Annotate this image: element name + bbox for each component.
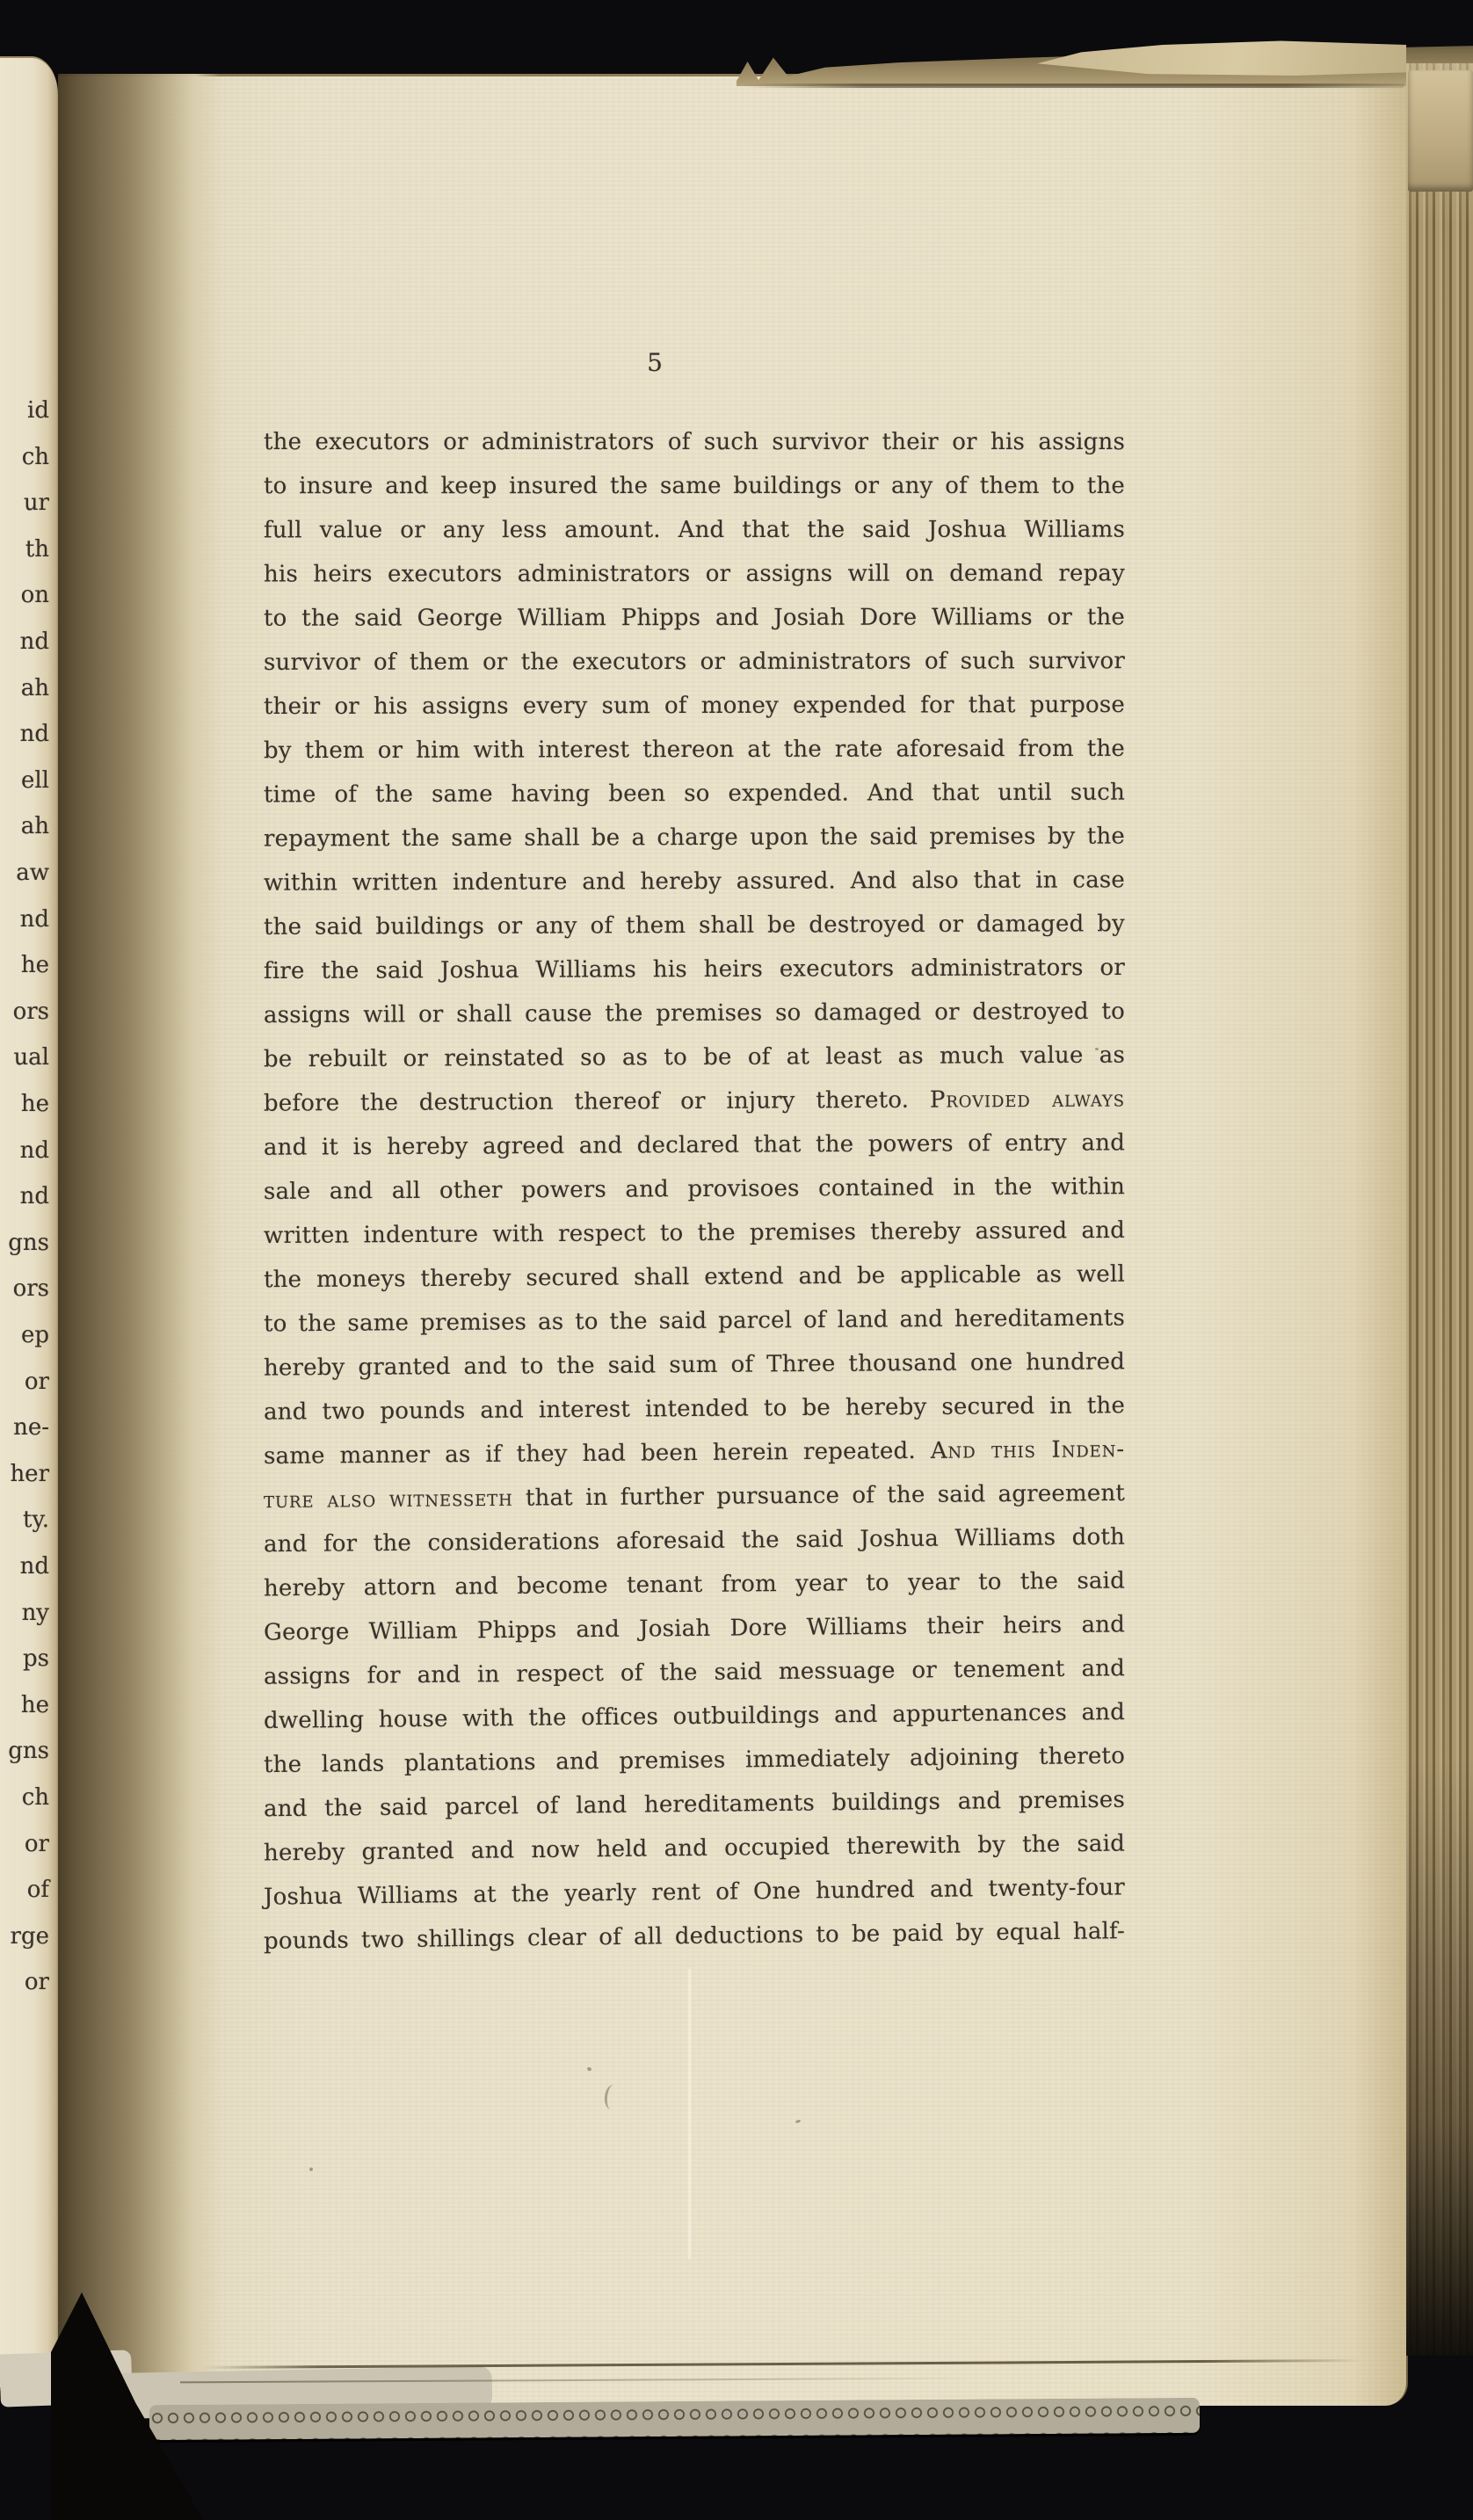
text-line: and it is hereby agreed and declared tha… bbox=[264, 1121, 1125, 1169]
margin-fragment: ah bbox=[0, 813, 49, 839]
text-line: to insure and keep insured the same buil… bbox=[264, 464, 1125, 508]
text-line: hereby granted and to the said sum of Th… bbox=[264, 1340, 1125, 1390]
text-segment: the lands plantations and premises immed… bbox=[264, 1743, 1125, 1778]
top-edge-shadow bbox=[744, 84, 1404, 88]
text-segment: full value or any less amount. And that … bbox=[264, 517, 1125, 544]
text-line: hereby attorn and become tenant from yea… bbox=[264, 1559, 1125, 1611]
small-caps-phrase: Provided always bbox=[930, 1086, 1125, 1113]
text-segment: and two pounds and interest intended to … bbox=[264, 1392, 1125, 1426]
margin-fragment: gns bbox=[0, 1230, 49, 1256]
margin-fragment: ne- bbox=[0, 1414, 49, 1441]
text-segment: time of the same having been so expended… bbox=[264, 780, 1125, 809]
text-line: repayment the same shall be a charge upo… bbox=[264, 814, 1125, 861]
margin-fragment: nd bbox=[0, 1137, 49, 1164]
text-segment: dwelling house with the offices outbuild… bbox=[264, 1699, 1125, 1734]
margin-fragment: on bbox=[0, 582, 49, 608]
margin-fragment: he bbox=[0, 952, 49, 978]
text-line: pounds two shillings clear of all deduct… bbox=[264, 1909, 1126, 1964]
text-segment: assigns will or shall cause the premises… bbox=[264, 999, 1125, 1028]
text-line: his heirs executors administrators or as… bbox=[264, 551, 1125, 596]
margin-fragment: ps bbox=[0, 1645, 49, 1672]
margin-fragment: aw bbox=[0, 860, 49, 886]
text-line: fire the said Joshua Williams his heirs … bbox=[264, 946, 1125, 993]
text-segment: same manner as if they had been herein r… bbox=[264, 1438, 931, 1470]
margin-fragment: th bbox=[0, 536, 49, 563]
text-segment: repayment the same shall be a charge upo… bbox=[264, 823, 1125, 852]
paper-speck bbox=[309, 2168, 313, 2171]
margin-fragment: he bbox=[0, 1692, 49, 1718]
margin-fragment: rge bbox=[0, 1923, 49, 1950]
text-segment: fire the said Joshua Williams his heirs … bbox=[264, 955, 1125, 984]
text-line: time of the same having been so expended… bbox=[264, 771, 1125, 817]
text-line: sale and all other powers and provisoes … bbox=[264, 1165, 1125, 1214]
page-number: 5 bbox=[264, 348, 1046, 377]
book-scan-photo: { "page": { "number": "5", "lines": [ [{… bbox=[0, 0, 1473, 2520]
margin-fragment: ah bbox=[0, 675, 49, 701]
text-line: full value or any less amount. And that … bbox=[264, 508, 1125, 553]
text-line: to the same premises as to the said parc… bbox=[264, 1296, 1125, 1347]
text-segment: pounds two shillings clear of all deduct… bbox=[264, 1918, 1125, 1955]
text-segment: by them or him with interest thereon at … bbox=[264, 736, 1125, 764]
text-line: ture also witnesseth that in further pur… bbox=[264, 1471, 1125, 1522]
margin-fragment: nd bbox=[0, 628, 49, 655]
text-segment: and for the considerations aforesaid the… bbox=[264, 1524, 1125, 1558]
text-segment: the executors or administrators of such … bbox=[264, 429, 1125, 455]
text-segment: be rebuilt or reinstated so as to be of … bbox=[264, 1042, 1125, 1073]
text-line: same manner as if they had been herein r… bbox=[264, 1427, 1125, 1478]
text-segment: his heirs executors administrators or as… bbox=[264, 560, 1125, 587]
text-line: and two pounds and interest intended to … bbox=[264, 1383, 1125, 1434]
text-line: by them or him with interest thereon at … bbox=[264, 727, 1125, 773]
text-line: their or his assigns every sum of money … bbox=[264, 683, 1125, 729]
margin-fragment: he bbox=[0, 1091, 49, 1117]
text-line: written indenture with respect to the pr… bbox=[264, 1209, 1125, 1258]
text-segment: hereby granted and to the said sum of Th… bbox=[264, 1348, 1125, 1381]
text-segment: hereby attorn and become tenant from yea… bbox=[264, 1568, 1125, 1602]
margin-fragment: ual bbox=[0, 1044, 49, 1071]
text-segment: Joshua Williams at the yearly rent of On… bbox=[264, 1874, 1125, 1910]
margin-fragment: ty. bbox=[0, 1507, 49, 1533]
margin-fragment: nd bbox=[0, 1183, 49, 1209]
margin-fragment: ch bbox=[0, 444, 49, 470]
text-segment: sale and all other powers and provisoes … bbox=[264, 1173, 1125, 1205]
text-block: the executors or administrators of such … bbox=[264, 420, 1125, 1958]
text-segment: George William Phipps and Josiah Dore Wi… bbox=[264, 1611, 1125, 1645]
margin-fragment: nd bbox=[0, 721, 49, 747]
text-segment: written indenture with respect to the pr… bbox=[264, 1217, 1125, 1249]
text-segment: to the same premises as to the said parc… bbox=[264, 1305, 1125, 1338]
text-segment: survivor of them or the executors or adm… bbox=[264, 648, 1125, 676]
text-segment: before the destruction thereof or injury… bbox=[264, 1087, 930, 1117]
small-caps-phrase: And this Inden- bbox=[931, 1436, 1125, 1464]
margin-fragment: nd bbox=[0, 906, 49, 933]
text-line: before the destruction thereof or injury… bbox=[264, 1077, 1125, 1125]
margin-fragment: gns bbox=[0, 1738, 49, 1764]
margin-fragment: ell bbox=[0, 767, 49, 794]
margin-fragment: ep bbox=[0, 1322, 49, 1348]
text-line: assigns will or shall cause the premises… bbox=[264, 990, 1125, 1037]
margin-fragment: or bbox=[0, 1831, 49, 1857]
text-segment: their or his assigns every sum of money … bbox=[264, 692, 1125, 720]
text-segment: the said buildings or any of them shall … bbox=[264, 911, 1125, 940]
text-segment: assigns for and in respect of the said m… bbox=[264, 1655, 1125, 1690]
text-line: to the said George William Phipps and Jo… bbox=[264, 595, 1125, 640]
text-segment: the moneys thereby secured shall extend … bbox=[264, 1261, 1125, 1293]
text-line: the said buildings or any of them shall … bbox=[264, 902, 1125, 949]
margin-fragment: ors bbox=[0, 999, 49, 1025]
fore-edge-page-stack bbox=[1406, 63, 1473, 2356]
text-segment: and it is hereby agreed and declared tha… bbox=[264, 1129, 1125, 1160]
margin-fragment: her bbox=[0, 1461, 49, 1487]
bottom-scalloped-edge-strip bbox=[149, 2398, 1200, 2440]
text-line: and for the considerations aforesaid the… bbox=[264, 1515, 1125, 1567]
text-line: be rebuilt or reinstated so as to be of … bbox=[264, 1034, 1125, 1082]
text-line: the executors or administrators of such … bbox=[264, 420, 1125, 464]
fore-edge-top-corner bbox=[1408, 70, 1473, 192]
text-segment: within written indenture and hereby assu… bbox=[264, 867, 1125, 896]
margin-fragment: ors bbox=[0, 1275, 49, 1302]
margin-fragment: id bbox=[0, 397, 49, 424]
text-line: survivor of them or the executors or adm… bbox=[264, 639, 1125, 685]
margin-fragment: or bbox=[0, 1369, 49, 1395]
paper-crease bbox=[688, 1969, 691, 2259]
margin-fragment: of bbox=[0, 1877, 49, 1903]
small-caps-phrase: ture also witnesseth bbox=[264, 1485, 513, 1514]
text-line: the moneys thereby secured shall extend … bbox=[264, 1253, 1125, 1302]
margin-fragment: ur bbox=[0, 490, 49, 516]
margin-fragment: nd bbox=[0, 1553, 49, 1580]
text-segment: hereby granted and now held and occupied… bbox=[264, 1831, 1125, 1867]
text-line: within written indenture and hereby assu… bbox=[264, 858, 1125, 904]
margin-fragment: or bbox=[0, 1969, 49, 1995]
text-segment: to the said George William Phipps and Jo… bbox=[264, 604, 1125, 631]
text-segment: and the said parcel of land hereditament… bbox=[264, 1787, 1125, 1823]
text-segment: that in further pursuance of the said ag… bbox=[513, 1480, 1126, 1512]
margin-fragment: ny bbox=[0, 1600, 49, 1626]
left-page-edge-fragments: idchurthonndahndellahawndheorsualhendndg… bbox=[0, 0, 49, 2520]
text-segment: to insure and keep insured the same buil… bbox=[264, 473, 1125, 499]
margin-fragment: ch bbox=[0, 1784, 49, 1811]
